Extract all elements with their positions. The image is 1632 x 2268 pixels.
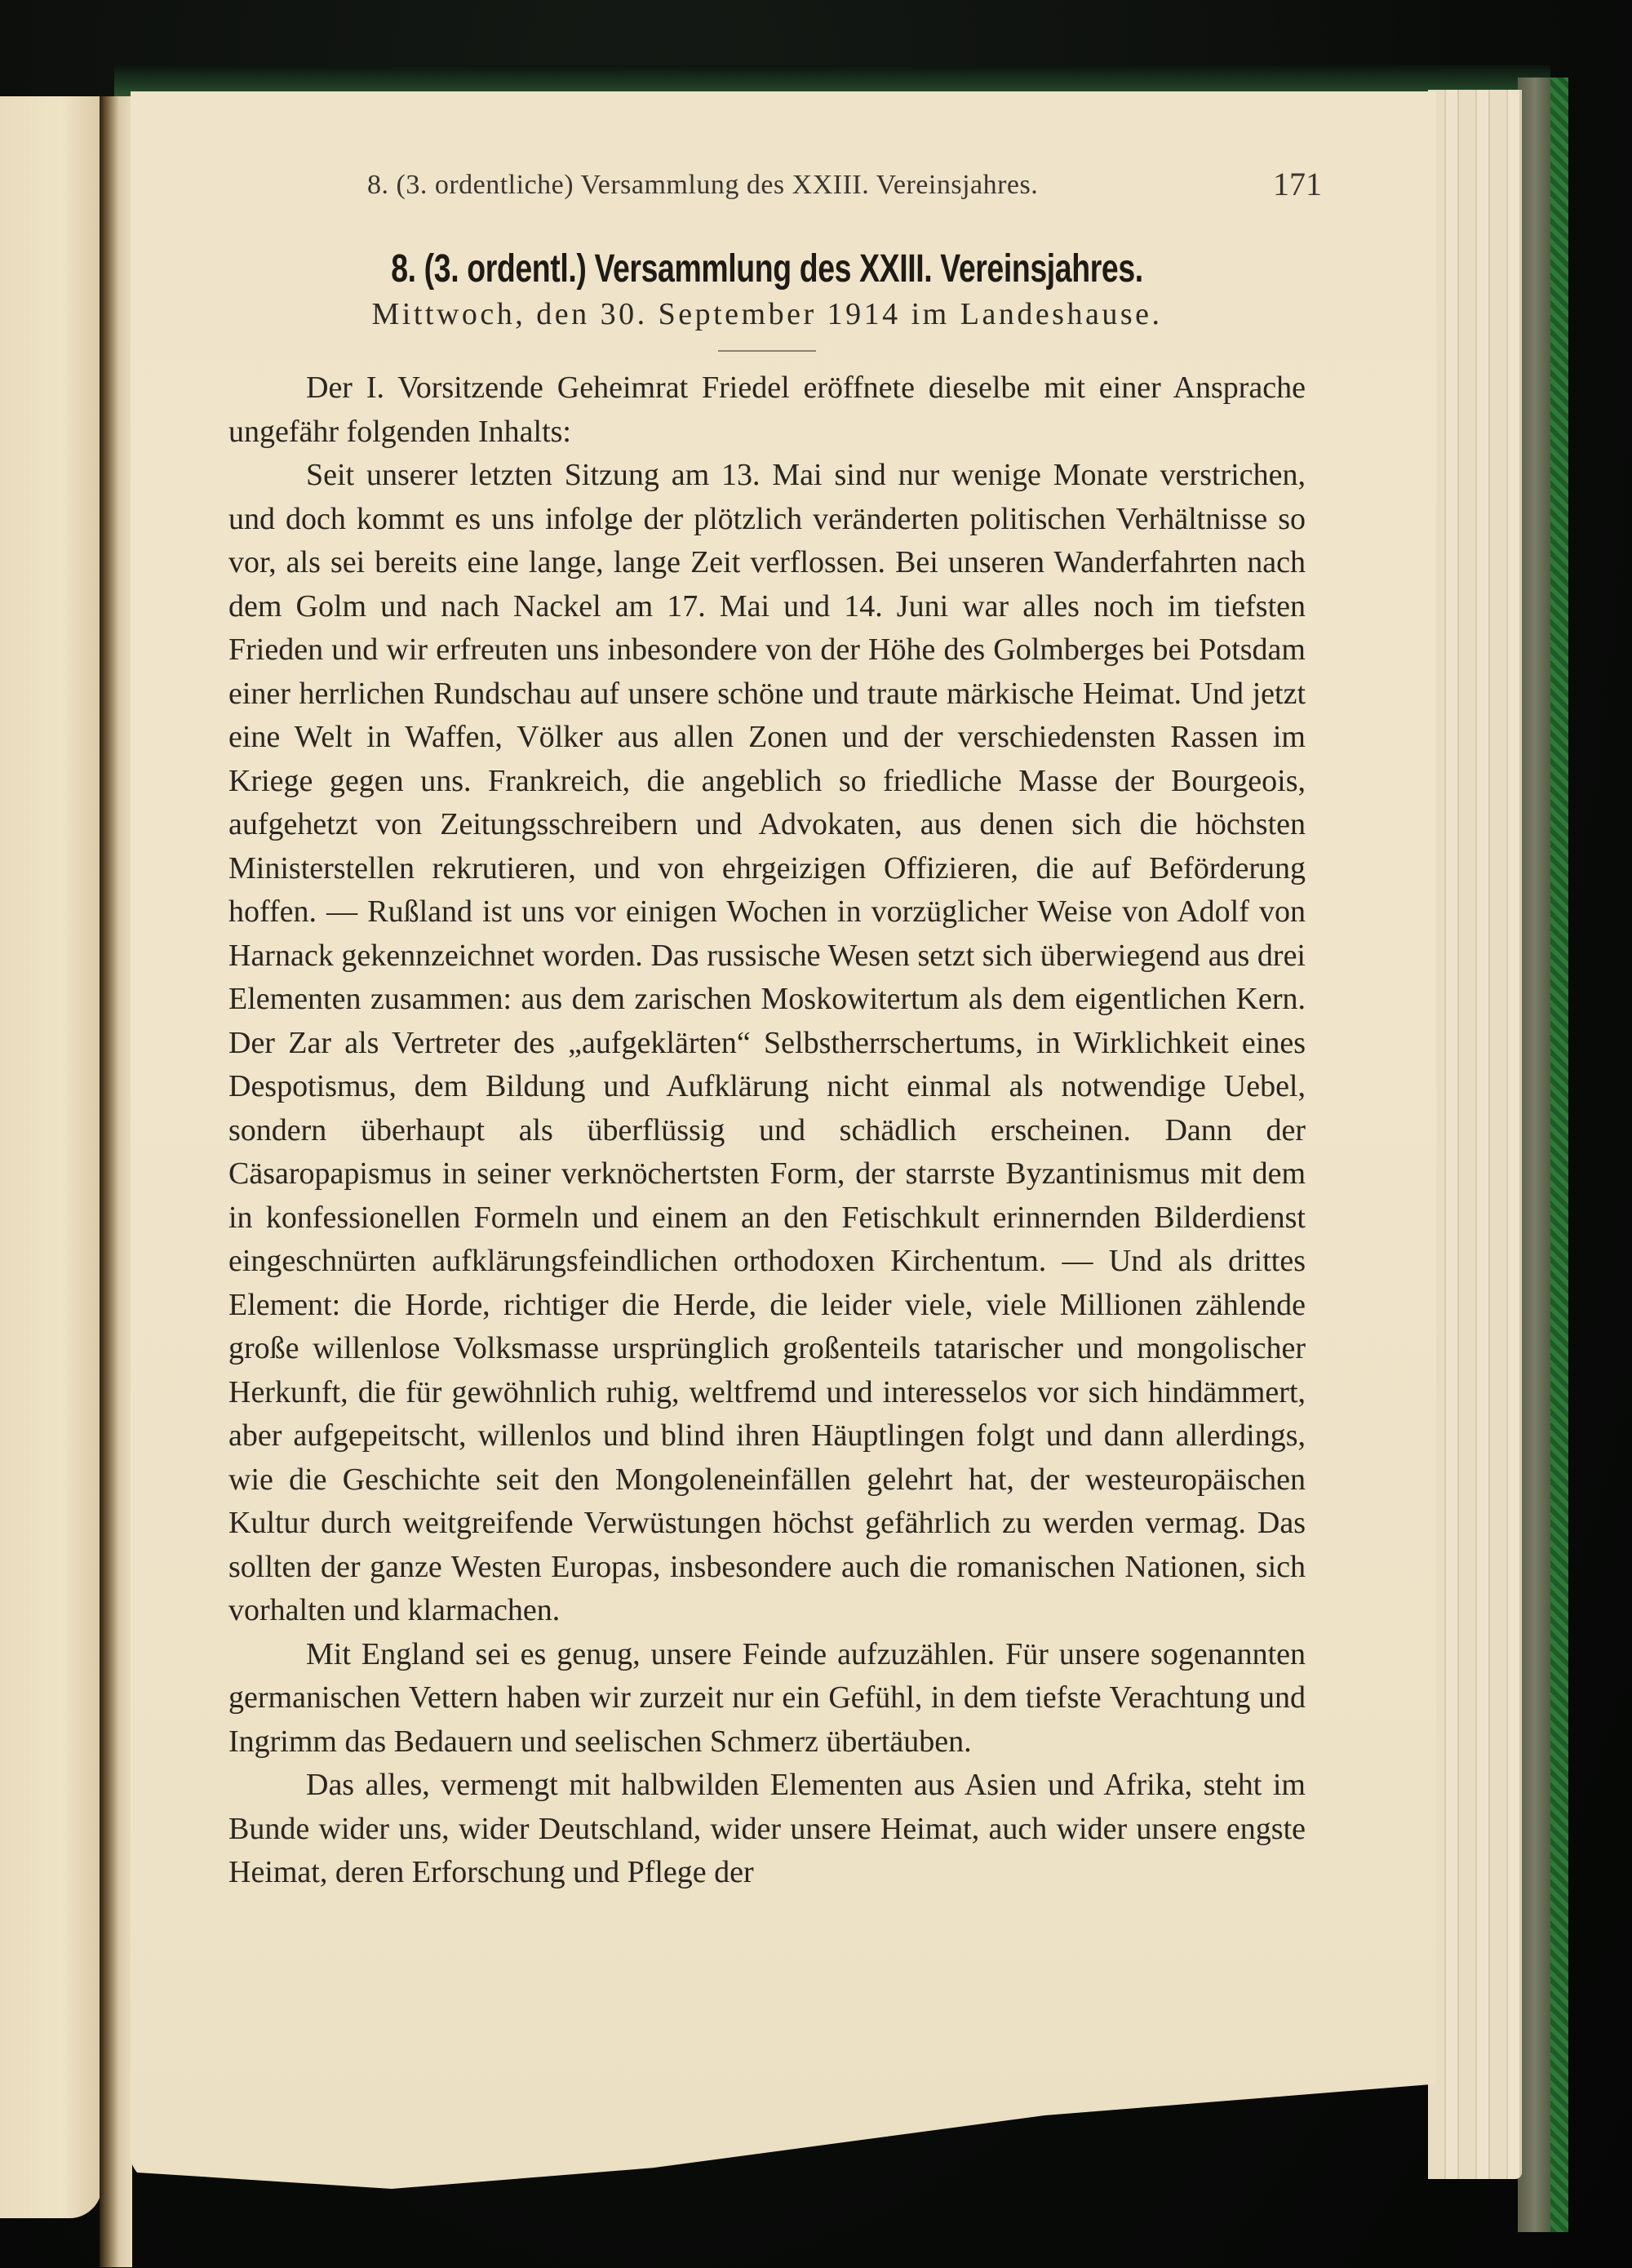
paragraph: Mit England sei es genug, unsere Feinde … [228, 1633, 1306, 1764]
divider-rule [718, 350, 816, 352]
paragraph: Seit unserer letzten Sitzung am 13. Mai … [228, 454, 1306, 1633]
section-subtitle: Mittwoch, den 30. September 1914 im Land… [228, 296, 1306, 332]
page-content: 8. (3. ordentliche) Versammlung des XXII… [228, 162, 1306, 1895]
paragraph: Der I. Vorsitzende Geheimrat Friedel erö… [228, 366, 1306, 454]
page-number: 171 [1273, 165, 1322, 203]
book-cover-cloth [1550, 78, 1568, 2232]
body-text: Der I. Vorsitzende Geheimrat Friedel erö… [228, 366, 1306, 1895]
left-page [0, 96, 102, 2218]
paragraph: Das alles, vermengt mit halbwilden Eleme… [228, 1764, 1306, 1895]
running-head-text: 8. (3. ordentliche) Versammlung des XXII… [367, 170, 1038, 201]
book-gutter [100, 96, 132, 2267]
running-head: 8. (3. ordentliche) Versammlung des XXII… [228, 162, 1306, 211]
section-title: 8. (3. ordentl.) Versammlung des XXIII. … [347, 246, 1187, 291]
page-stack-edges [1428, 90, 1522, 2179]
